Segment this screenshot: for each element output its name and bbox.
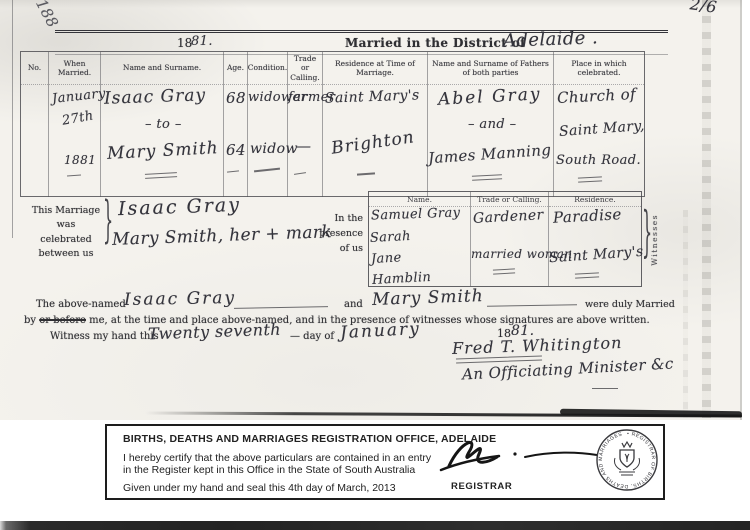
ink-flourish bbox=[357, 172, 375, 175]
witnesses-side-label: Witnesses bbox=[650, 214, 659, 266]
paper-edge bbox=[740, 0, 742, 420]
ink-flourish bbox=[493, 268, 515, 274]
col-header-trade: Trade or Calling. bbox=[288, 52, 322, 85]
header-title: Married in the District of bbox=[345, 36, 526, 50]
scan-fold-line-right bbox=[702, 0, 711, 418]
declaration-prefix: The above-named bbox=[36, 299, 126, 310]
cell-no bbox=[21, 85, 48, 197]
witness-cell-name: Samuel Gray Sarah Jane Hamblin bbox=[369, 207, 470, 285]
cell-names: Isaac Gray – to – Mary Smith bbox=[101, 85, 223, 197]
col-trade: Trade or Calling. farmer — bbox=[288, 52, 323, 197]
declaration-suffix: were duly Married bbox=[585, 299, 675, 310]
entry-groom-residence: Saint Mary's bbox=[325, 87, 420, 106]
ink-flourish bbox=[254, 168, 280, 173]
seal-crown bbox=[622, 442, 632, 447]
celebration-label-line3: between us bbox=[26, 247, 106, 261]
entry-place-1: Church of bbox=[557, 85, 637, 107]
entry-bride-trade: — bbox=[296, 137, 311, 155]
col-header-residence: Residence at Time of Marriage. bbox=[323, 52, 427, 85]
col-names: Name and Surname. Isaac Gray – to – Mary… bbox=[101, 52, 224, 197]
ink-flourish bbox=[227, 170, 239, 172]
witness-header-residence: Residence. bbox=[549, 192, 641, 207]
registrar-seal: • REGISTRAR OF BIRTHS, DEATHS AND MARRIA… bbox=[595, 428, 659, 492]
entry-place-2: Saint Mary, bbox=[559, 118, 646, 140]
cell-place: Church of Saint Mary, South Road. bbox=[554, 85, 644, 197]
witness-col-residence: Residence. Paradise Saint Mary's bbox=[549, 192, 641, 286]
header-district-handwritten: Adelaide . bbox=[503, 27, 599, 51]
witness1-name: Samuel Gray bbox=[371, 205, 461, 223]
registrar-label: REGISTRAR bbox=[451, 481, 512, 492]
col-header-no: No. bbox=[21, 52, 48, 85]
witness1-trade: Gardener bbox=[473, 207, 544, 227]
entry-groom-trade: farmer bbox=[288, 90, 335, 105]
certification-line2: in the Register kept in this Office in t… bbox=[123, 464, 415, 476]
entry-joiner: – to – bbox=[145, 117, 182, 132]
col-condition: Condition. widower widow bbox=[248, 52, 288, 197]
scan-fold-line-left bbox=[12, 0, 13, 238]
witness-col-name: Name. Samuel Gray Sarah Jane Hamblin bbox=[369, 192, 471, 286]
entry-bride-residence: Brighton bbox=[330, 127, 416, 158]
certification-line3: Given under my hand and seal this 4th da… bbox=[123, 482, 396, 494]
declaration-groom-name: Isaac Gray bbox=[124, 288, 236, 310]
col-fathers: Name and Surname of Fathers of both part… bbox=[428, 52, 554, 197]
witness-cell-residence: Paradise Saint Mary's bbox=[549, 207, 641, 285]
entry-fathers-joiner: – and – bbox=[468, 117, 517, 132]
groom-signature: Isaac Gray bbox=[118, 194, 242, 220]
col-no: No. bbox=[21, 52, 49, 197]
col-header-names: Name and Surname. bbox=[101, 52, 223, 85]
col-header-condition: Condition. bbox=[248, 52, 287, 85]
witness-col-trade: Trade or Calling. Gardener married woman bbox=[471, 192, 549, 286]
declaration-struck-words: or before bbox=[39, 315, 86, 326]
ink-flourish bbox=[578, 176, 602, 182]
scan-fold-line-faint bbox=[683, 210, 688, 418]
seal-scroll bbox=[619, 472, 635, 475]
col-when-married: When Married. January 27th 1881 bbox=[49, 52, 101, 197]
ink-flourish bbox=[575, 272, 599, 278]
declaration-month: January bbox=[340, 319, 422, 343]
scanned-marriage-certificate: 188 2/6 18 81. Married in the District o… bbox=[0, 0, 750, 530]
entry-groom-name: Isaac Gray bbox=[104, 85, 207, 109]
celebration-label-line1: This Marriage was bbox=[26, 204, 106, 233]
presence-label-line3: of us bbox=[303, 241, 363, 256]
presence-label: In the presence of us bbox=[303, 211, 363, 257]
cell-residence: Saint Mary's Brighton bbox=[323, 85, 427, 197]
celebration-label-line2: celebrated bbox=[26, 233, 106, 247]
col-place: Place in which celebrated. Church of Sai… bbox=[554, 52, 644, 197]
entry-groom-age: 68 bbox=[226, 89, 246, 107]
cell-age: 68 64 bbox=[224, 85, 247, 197]
cell-fathers: Abel Gray – and – James Manning bbox=[428, 85, 553, 197]
entry-father-of-bride: James Manning bbox=[428, 141, 552, 168]
witness2-name: Sarah Jane Hamblin bbox=[369, 225, 448, 291]
certification-line1: I hereby certify that the above particul… bbox=[123, 452, 431, 464]
header-year-printed: 18 bbox=[177, 36, 192, 50]
certification-box: BIRTHS, DEATHS AND MARRIAGES REGISTRATIO… bbox=[105, 424, 665, 500]
ink-flourish bbox=[67, 175, 81, 177]
entry-year: 1881 bbox=[64, 153, 96, 167]
presence-label-line1: In the bbox=[303, 211, 363, 226]
declaration-line3-prefix: Witness my hand this bbox=[50, 331, 159, 342]
entry-day: 27th bbox=[61, 108, 95, 128]
entry-bride-name: Mary Smith bbox=[107, 138, 220, 164]
col-header-age: Age. bbox=[224, 52, 247, 85]
witnesses-table: Name. Samuel Gray Sarah Jane Hamblin Tra… bbox=[368, 191, 642, 287]
declaration-line3-mid: — day of bbox=[290, 331, 334, 342]
header-year-handwritten: 81. bbox=[191, 34, 213, 49]
witness2-residence: Saint Mary's bbox=[549, 244, 645, 267]
entry-bride-age: 64 bbox=[226, 141, 246, 159]
entry-father-of-groom: Abel Gray bbox=[438, 84, 542, 109]
ink-flourish bbox=[472, 174, 502, 180]
celebration-label: This Marriage was celebrated between us bbox=[26, 204, 106, 261]
presence-label-line2: presence bbox=[303, 226, 363, 241]
declaration-and: and bbox=[344, 299, 363, 310]
col-header-fathers: Name and Surname of Fathers of both part… bbox=[428, 52, 553, 85]
witness-cell-trade: Gardener married woman bbox=[471, 207, 548, 285]
marriage-register-table: No. When Married. January 27th 1881 Name… bbox=[20, 51, 645, 197]
entry-place-3: South Road. bbox=[556, 153, 641, 168]
declaration-by: by bbox=[24, 315, 36, 326]
col-age: Age. 68 64 bbox=[224, 52, 248, 197]
cell-trade: farmer — bbox=[288, 85, 322, 197]
witness-header-trade: Trade or Calling. bbox=[471, 192, 548, 207]
entry-month: January bbox=[51, 86, 106, 107]
witness1-residence: Paradise bbox=[553, 205, 623, 227]
declaration-bride-name: Mary Smith bbox=[372, 286, 484, 310]
ink-flourish bbox=[145, 172, 177, 178]
col-header-when-married: When Married. bbox=[49, 52, 100, 85]
declaration-line2: by or before me, at the time and place a… bbox=[24, 315, 650, 326]
cell-when-married: January 27th 1881 bbox=[49, 85, 100, 197]
ink-flourish bbox=[592, 388, 618, 389]
col-header-place: Place in which celebrated. bbox=[554, 52, 644, 85]
ink-flourish bbox=[294, 172, 306, 175]
col-residence: Residence at Time of Marriage. Saint Mar… bbox=[323, 52, 428, 197]
registrar-signature bbox=[433, 432, 603, 478]
cell-condition: widower widow bbox=[248, 85, 287, 197]
scan-bottom-band bbox=[0, 521, 750, 530]
